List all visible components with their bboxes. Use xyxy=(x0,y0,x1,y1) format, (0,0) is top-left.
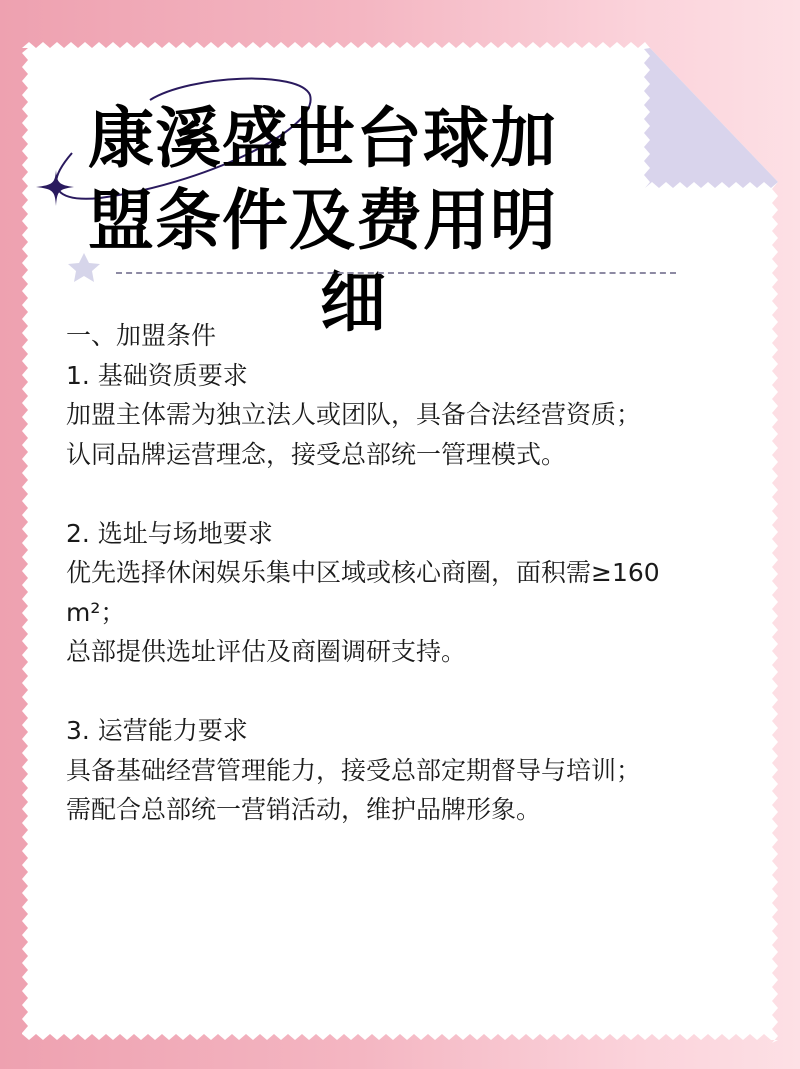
article-body: 一、加盟条件 1. 基础资质要求 加盟主体需为独立法人或团队，具备合法经营资质；… xyxy=(66,316,746,830)
dashed-divider xyxy=(116,272,676,274)
section-heading: 一、加盟条件 xyxy=(66,316,746,356)
paragraph-gap xyxy=(66,672,746,712)
page-title: 康溪盛世台球加 盟条件及费用明 细 xyxy=(88,98,628,344)
item-1-line-1: 加盟主体需为独立法人或团队，具备合法经营资质； xyxy=(66,395,746,435)
item-2-heading: 2. 选址与场地要求 xyxy=(66,514,746,554)
sparkle-icon xyxy=(36,170,74,206)
title-line-1: 康溪盛世台球加 xyxy=(88,98,628,180)
item-2-line-2: m²； xyxy=(66,593,746,633)
paragraph-gap xyxy=(66,474,746,514)
item-3-line-2: 需配合总部统一营销活动，维护品牌形象。 xyxy=(66,790,746,830)
item-2-line-1: 优先选择休闲娱乐集中区域或核心商圈，面积需≥160 xyxy=(66,553,746,593)
item-1-line-2: 认同品牌运营理念，接受总部统一管理模式。 xyxy=(66,435,746,475)
item-2-line-3: 总部提供选址评估及商圈调研支持。 xyxy=(66,632,746,672)
item-1-heading: 1. 基础资质要求 xyxy=(66,356,746,396)
item-3-heading: 3. 运营能力要求 xyxy=(66,711,746,751)
title-line-2: 盟条件及费用明 xyxy=(88,180,628,262)
item-3-line-1: 具备基础经营管理能力，接受总部定期督导与培训； xyxy=(66,751,746,791)
